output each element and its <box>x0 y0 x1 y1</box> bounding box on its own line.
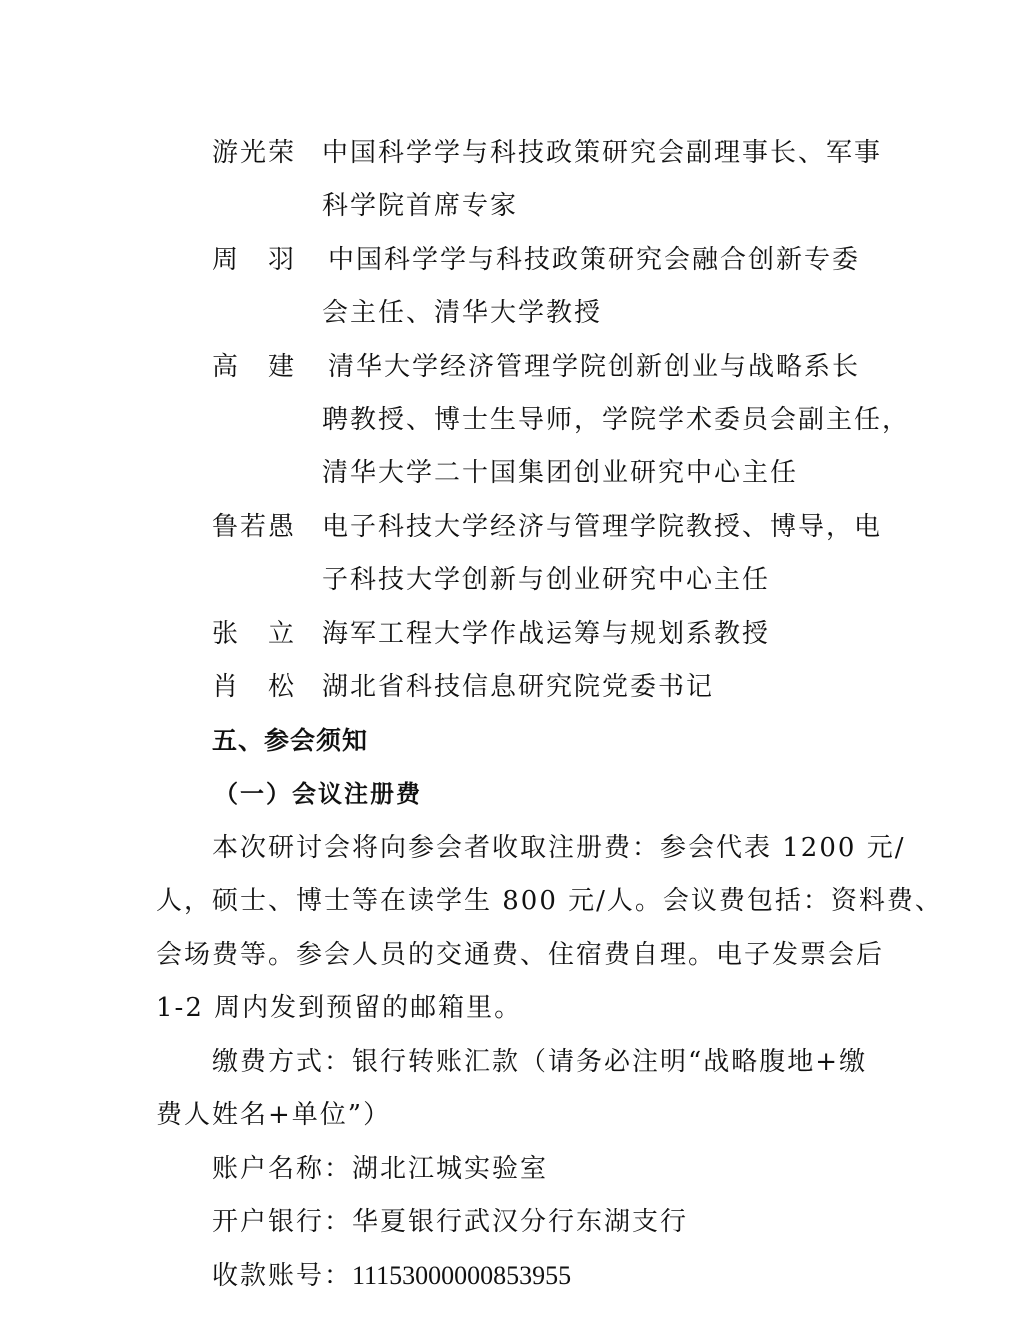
bank-label: 开户银行： <box>212 1207 352 1237</box>
bank-value: 华夏银行武汉分行东湖支行 <box>352 1207 688 1237</box>
document-page: 游光荣 中国科学学与科技政策研究会副理事长、军事 科学院首席专家 周羽 中国科学… <box>0 0 1024 1325</box>
expert-description-line: 湖北省科技信息研究院党委书记 <box>322 670 714 704</box>
expert-name: 周羽 <box>212 243 238 277</box>
expert-description-line: 清华大学二十国集团创业研究中心主任 <box>322 456 798 490</box>
expert-name-char: 松 <box>268 670 294 704</box>
payment-method-line: 缴费方式：银行转账汇款（请务必注明“战略腹地+缴 <box>212 1045 867 1079</box>
account-number-label: 收款账号： <box>212 1261 352 1291</box>
expert-description-line: 科学院首席专家 <box>322 189 518 223</box>
subsection-heading: （一）会议注册费 <box>214 777 422 811</box>
bank-row: 开户银行：华夏银行武汉分行东湖支行 <box>212 1205 688 1239</box>
expert-description-line: 清华大学经济管理学院创新创业与战略系长 <box>328 350 860 384</box>
account-name-row: 账户名称：湖北江城实验室 <box>212 1152 548 1186</box>
expert-name-char: 羽 <box>268 243 294 277</box>
expert-description-line: 会主任、清华大学教授 <box>322 296 602 330</box>
account-name-value: 湖北江城实验室 <box>352 1154 548 1184</box>
expert-name: 张立 <box>212 617 238 651</box>
expert-description-line: 聘教授、博士生导师，学院学术委员会副主任， <box>322 403 910 437</box>
account-number-row: 收款账号：11153000000853955 <box>212 1259 571 1293</box>
expert-name: 游光荣 <box>212 136 296 170</box>
fee-paragraph-line: 会场费等。参会人员的交通费、住宿费自理。电子发票会后 <box>156 938 884 972</box>
expert-description-line: 海军工程大学作战运筹与规划系教授 <box>322 617 770 651</box>
expert-name-char: 高 <box>212 352 238 382</box>
account-name-label: 账户名称： <box>212 1154 352 1184</box>
account-number-value: 11153000000853955 <box>352 1261 571 1290</box>
expert-name: 肖松 <box>212 670 238 704</box>
expert-name: 鲁若愚 <box>212 510 296 544</box>
expert-name-char: 建 <box>268 350 294 384</box>
section-heading: 五、参会须知 <box>212 724 368 758</box>
expert-name-char: 立 <box>268 617 294 651</box>
payment-method-line: 费人姓名+单位”） <box>156 1098 391 1132</box>
fee-paragraph-line: 人，硕士、博士等在读学生 800 元/人。会议费包括：资料费、 <box>156 884 943 918</box>
fee-paragraph-line: 1-2 周内发到预留的邮箱里。 <box>156 991 522 1025</box>
expert-name-char: 周 <box>212 245 238 275</box>
expert-description-line: 电子科技大学经济与管理学院教授、博导，电 <box>322 510 882 544</box>
expert-description-line: 中国科学学与科技政策研究会副理事长、军事 <box>322 136 882 170</box>
expert-description-line: 子科技大学创新与创业研究中心主任 <box>322 563 770 597</box>
expert-name-char: 肖 <box>212 672 238 702</box>
expert-name: 高建 <box>212 350 238 384</box>
expert-description-line: 中国科学学与科技政策研究会融合创新专委 <box>328 243 860 277</box>
expert-name-char: 张 <box>212 619 238 649</box>
fee-paragraph-line: 本次研讨会将向参会者收取注册费：参会代表 1200 元/ <box>212 831 905 865</box>
